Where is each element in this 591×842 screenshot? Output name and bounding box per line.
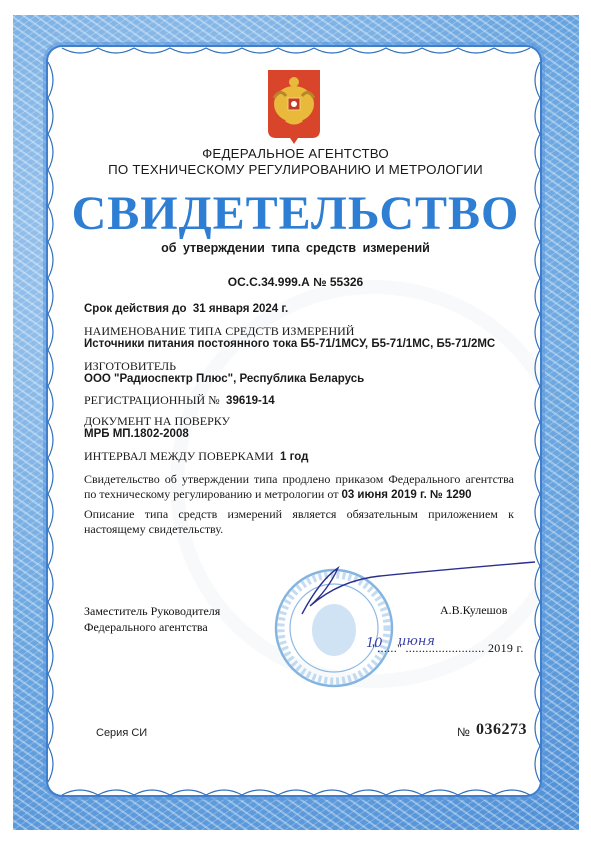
certificate-number: ОС.С.34.999.А № 55326 [0,275,591,289]
coat-of-arms-icon [266,68,322,144]
annex-paragraph: Описание типа средств измерений является… [84,507,514,537]
extension-paragraph: Свидетельство об утверждении типа продле… [84,472,514,503]
signer-position-line1: Заместитель Руководителя [84,603,220,619]
verification-doc-value: МРБ МП.1802-2008 [84,428,189,440]
document-title: СВИДЕТЕЛЬСТВО [0,186,591,241]
interval-row: ИНТЕРВАЛ МЕЖДУ ПОВЕРКАМИ 1 год [84,449,308,464]
agency-name-line1: ФЕДЕРАЛЬНОЕ АГЕНТСТВО [0,146,591,161]
interval-value: 1 год [280,451,308,463]
type-name-label: НАИМЕНОВАНИЕ ТИПА СРЕДСТВ ИЗМЕРЕНИЙ [84,324,354,339]
signature-icon [280,560,540,640]
validity-label: Срок действия до [84,303,186,315]
signer-position: Заместитель Руководителя Федерального аг… [84,603,220,635]
type-name-value: Источники питания постоянного тока Б5-71… [84,338,495,350]
interval-label: ИНТЕРВАЛ МЕЖДУ ПОВЕРКАМИ [84,449,274,463]
handwritten-month: июня [398,634,435,649]
signer-position-line2: Федерального агентства [84,619,220,635]
registration-label: РЕГИСТРАЦИОННЫЙ № [84,393,220,407]
validity-value: 31 января 2024 г. [193,303,288,315]
extension-order: 03 июня 2019 г. № 1290 [341,489,471,501]
blank-number-label: № [457,725,470,739]
manufacturer-label: ИЗГОТОВИТЕЛЬ [84,359,176,374]
series-label: Серия СИ [96,727,147,739]
manufacturer-value: ООО "Радиоспектр Плюс", Республика Белар… [84,373,364,385]
verification-doc-label: ДОКУМЕНТ НА ПОВЕРКУ [84,414,230,429]
signature-date: "......" ........................ 2019 г… [372,641,524,656]
blank-number-value: 036273 [476,721,527,739]
certificate: ФЕДЕРАЛЬНОЕ АГЕНТСТВО ПО ТЕХНИЧЕСКОМУ РЕ… [0,0,591,842]
handwritten-day: 10 [366,636,383,651]
document-subtitle: об утверждении типа средств измерений [0,241,591,255]
agency-name-line2: ПО ТЕХНИЧЕСКОМУ РЕГУЛИРОВАНИЮ И МЕТРОЛОГ… [0,162,591,177]
validity-row: Срок действия до 31 января 2024 г. [84,303,288,315]
registration-row: РЕГИСТРАЦИОННЫЙ № 39619-14 [84,393,275,408]
signer-name: А.В.Кулешов [440,603,507,618]
registration-value: 39619-14 [226,395,275,407]
